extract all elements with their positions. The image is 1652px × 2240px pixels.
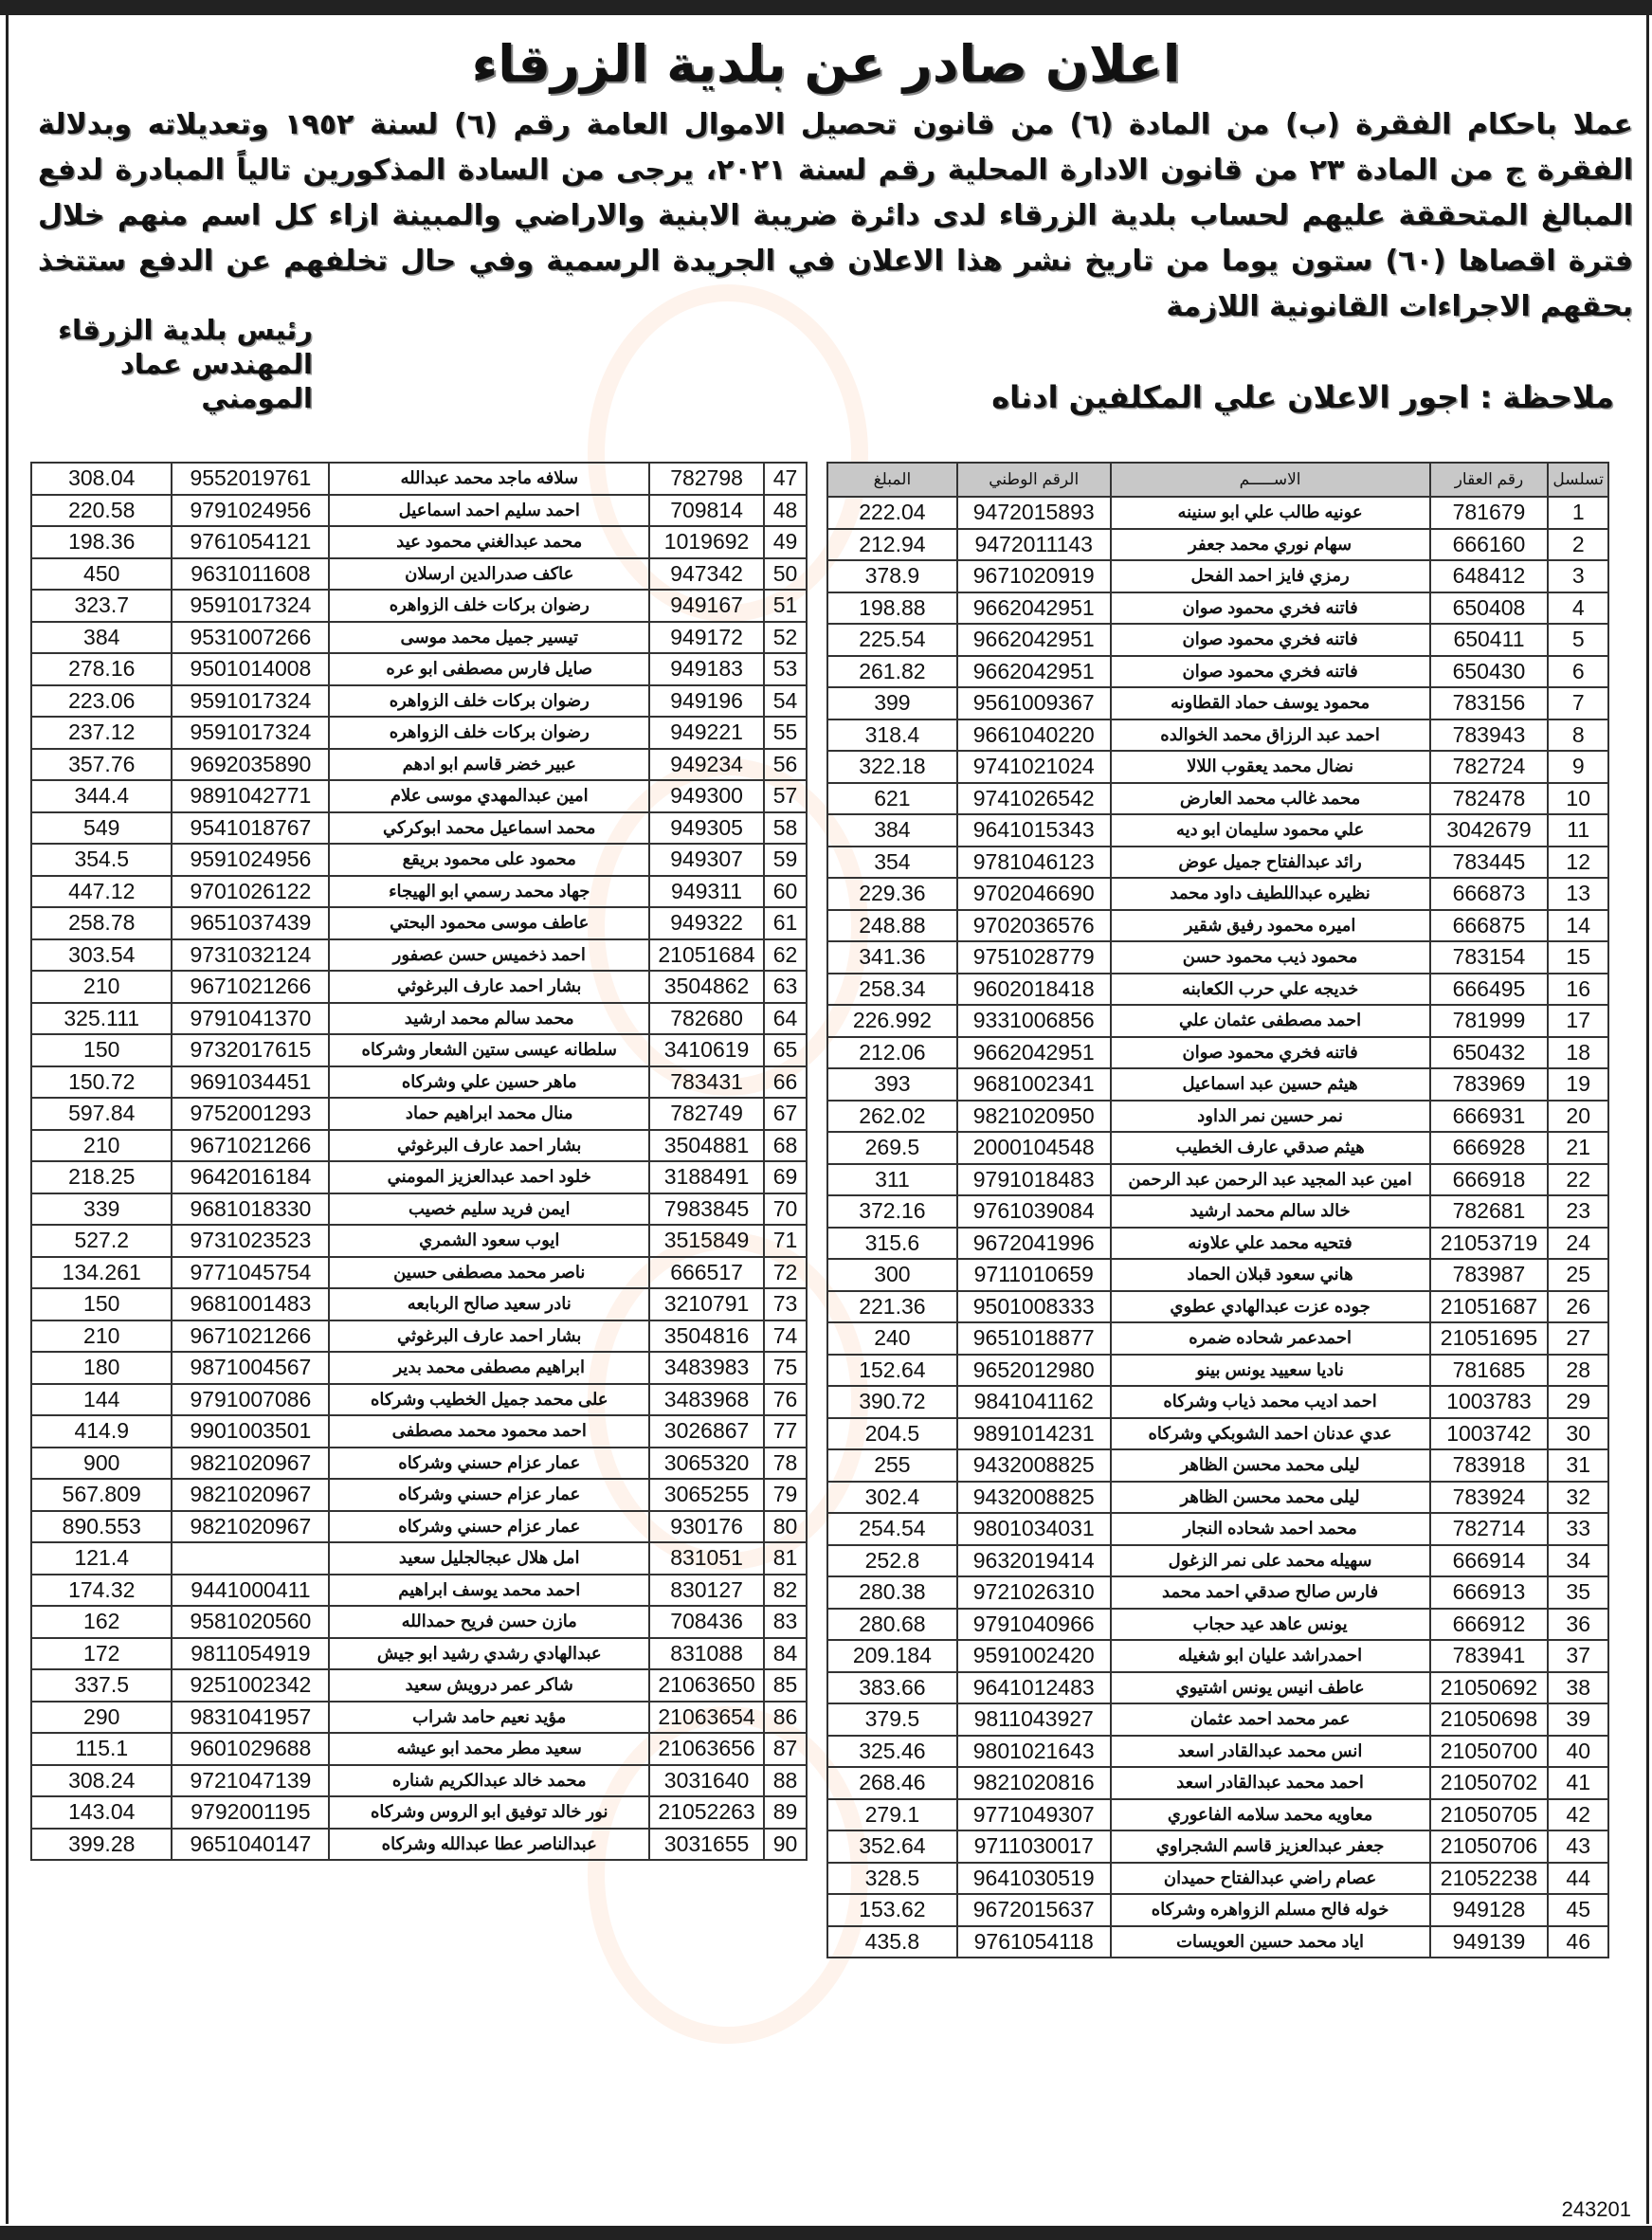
amount-cell: 240	[827, 1322, 957, 1355]
amount-cell: 153.62	[827, 1894, 957, 1926]
serial-cell: 2	[1548, 529, 1608, 561]
property-number-cell: 709814	[649, 495, 764, 527]
amount-cell: 218.25	[31, 1161, 172, 1193]
serial-cell: 37	[1548, 1640, 1608, 1672]
table-row: 19783969هيثم حسين عبد اسماعيل96810023413…	[827, 1068, 1608, 1101]
national-id-cell: 9331006856	[957, 1005, 1111, 1037]
name-cell: احمدعمر شحاده ضمره	[1111, 1322, 1430, 1355]
serial-cell: 70	[764, 1193, 807, 1226]
table-row: 8621063654مؤيد نعيم حامد شراب98310419572…	[31, 1702, 807, 1734]
serial-cell: 74	[764, 1320, 807, 1353]
property-number-cell: 21050705	[1430, 1799, 1549, 1831]
signature-title: رئيس بلدية الزرقاء	[28, 313, 313, 347]
name-cell: عصام راضي عبدالفتاح حميدان	[1111, 1863, 1430, 1895]
table-row: 57949300امين عبدالمهدي موسى علام98910427…	[31, 780, 807, 812]
national-id-cell: 9641030519	[957, 1863, 1111, 1895]
national-id-cell: 9591024956	[172, 844, 329, 876]
national-id-cell: 9251002342	[172, 1669, 329, 1702]
serial-cell: 84	[764, 1638, 807, 1670]
property-number-cell: 1003742	[1430, 1418, 1549, 1450]
header-property: رقم العقار	[1430, 463, 1549, 497]
serial-cell: 89	[764, 1796, 807, 1829]
property-number-cell: 21050700	[1430, 1736, 1549, 1768]
serial-cell: 78	[764, 1448, 807, 1480]
name-cell: منال محمد ابراهيم حماد	[329, 1098, 649, 1130]
property-number-cell: 3031655	[649, 1829, 764, 1861]
property-number-cell: 949139	[1430, 1926, 1549, 1958]
property-number-cell: 21050706	[1430, 1830, 1549, 1863]
serial-cell: 18	[1548, 1037, 1608, 1069]
property-number-cell: 1003783	[1430, 1386, 1549, 1418]
table-row: 2666160سهام نوري محمد جعفر9472011143212.…	[827, 529, 1608, 561]
serial-cell: 77	[764, 1415, 807, 1448]
national-id-cell: 9591002420	[957, 1640, 1111, 1672]
name-cell: رضوان بركات خلف الزواهره	[329, 685, 649, 718]
table-row: 783065320عمار عزام حسني وشركاه9821020967…	[31, 1448, 807, 1480]
property-number-cell: 21051687	[1430, 1291, 1549, 1323]
national-id-cell: 9771045754	[172, 1257, 329, 1289]
amount-cell: 303.54	[31, 939, 172, 972]
national-id-cell	[172, 1542, 329, 1575]
amount-cell: 379.5	[827, 1703, 957, 1736]
amount-cell: 302.4	[827, 1482, 957, 1514]
national-id-cell: 9751028779	[957, 941, 1111, 974]
property-number-cell: 783924	[1430, 1482, 1549, 1514]
serial-cell: 60	[764, 876, 807, 908]
name-cell: ماهر حسين علي وشركاه	[329, 1066, 649, 1099]
name-cell: اميره محمود رفيق شقير	[1111, 910, 1430, 942]
national-id-cell: 9662042951	[957, 592, 1111, 625]
name-cell: جوده عزت عبدالهادي عطوي	[1111, 1291, 1430, 1323]
serial-cell: 20	[1548, 1101, 1608, 1133]
name-cell: محمد خالد عبدالكريم شناره	[329, 1765, 649, 1797]
amount-cell: 237.12	[31, 717, 172, 749]
name-cell: سهيله محمد على نمر الزغول	[1111, 1545, 1430, 1577]
property-number-cell: 21050702	[1430, 1767, 1549, 1799]
national-id-cell: 9792001195	[172, 1796, 329, 1829]
serial-cell: 33	[1548, 1513, 1608, 1545]
table-row: 33782714محمد احمد شحاده النجار9801034031…	[827, 1513, 1608, 1545]
amount-cell: 357.76	[31, 749, 172, 781]
table-row: 25783987هاني سعود قبلان الحماد9711010659…	[827, 1259, 1608, 1291]
national-id-cell: 9561009367	[957, 687, 1111, 719]
serial-cell: 56	[764, 749, 807, 781]
name-cell: انس محمد عبدالقادر اسعد	[1111, 1736, 1430, 1768]
national-id-cell: 9801021643	[957, 1736, 1111, 1768]
name-cell: عبدالناصر عطا عبدالله وشركاه	[329, 1829, 649, 1861]
serial-cell: 49	[764, 526, 807, 558]
serial-cell: 90	[764, 1829, 807, 1861]
name-cell: فاتنه فخري محمود صوان	[1111, 1037, 1430, 1069]
table-row: 67782749منال محمد ابراهيم حماد9752001293…	[31, 1098, 807, 1130]
amount-cell: 204.5	[827, 1418, 957, 1450]
property-number-cell: 782680	[649, 1003, 764, 1035]
name-cell: عونيه طالب علي ابو سنينه	[1111, 497, 1430, 529]
serial-cell: 57	[764, 780, 807, 812]
property-number-cell: 949167	[649, 590, 764, 622]
amount-cell: 150.72	[31, 1066, 172, 1099]
national-id-cell: 9871004567	[172, 1352, 329, 1384]
name-cell: نادر سعيد صالح الربابعه	[329, 1288, 649, 1320]
property-number-cell: 783987	[1430, 1259, 1549, 1291]
property-number-cell: 21051684	[649, 939, 764, 972]
name-cell: على محمد جميل الخطيب وشركاه	[329, 1384, 649, 1416]
amount-cell: 134.261	[31, 1257, 172, 1289]
national-id-cell: 9741026542	[957, 783, 1111, 815]
national-id-cell: 9891042771	[172, 780, 329, 812]
name-cell: معاويه محمد سلامه الفاعوري	[1111, 1799, 1430, 1831]
table-row: 733210791نادر سعيد صالح الربابعه96810014…	[31, 1288, 807, 1320]
table-row: 633504862بشار احمد عارف البرغوثي96710212…	[31, 971, 807, 1003]
property-number-cell: 21063654	[649, 1702, 764, 1734]
serial-cell: 59	[764, 844, 807, 876]
amount-cell: 384	[31, 622, 172, 654]
national-id-cell: 9651037439	[172, 907, 329, 939]
property-number-cell: 949183	[649, 653, 764, 685]
name-cell: فتحيه محمد علي علاونه	[1111, 1228, 1430, 1260]
amount-cell: 621	[827, 783, 957, 815]
name-cell: احمد مصطفى عثمان علي	[1111, 1005, 1430, 1037]
table-row: 80930176عمار عزام حسني وشركاه98210209678…	[31, 1511, 807, 1543]
table-row: 59949307محمود على محمود بريقع95910249563…	[31, 844, 807, 876]
serial-cell: 83	[764, 1606, 807, 1638]
bottom-border	[0, 2226, 1652, 2240]
table-row: 72666517ناصر محمد مصطفى حسين977104575413…	[31, 1257, 807, 1289]
national-id-cell: 9641012483	[957, 1672, 1111, 1704]
table-row: 55949221رضوان بركات خلف الزواهره95910173…	[31, 717, 807, 749]
national-id-cell: 9681018330	[172, 1193, 329, 1226]
table-row: 14666875اميره محمود رفيق شقير97020365762…	[827, 910, 1608, 942]
name-cell: سلطانه عيسى ستين الشعار وشركاه	[329, 1034, 649, 1066]
serial-cell: 16	[1548, 974, 1608, 1006]
serial-cell: 35	[1548, 1576, 1608, 1609]
national-id-cell: 9821020950	[957, 1101, 1111, 1133]
table-row: 54949196رضوان بركات خلف الزواهره95910173…	[31, 685, 807, 718]
property-number-cell: 783943	[1430, 719, 1549, 752]
header-amount: المبلغ	[827, 463, 957, 497]
serial-cell: 81	[764, 1542, 807, 1575]
name-cell: مؤيد نعيم حامد شراب	[329, 1702, 649, 1734]
table-row: 491019692محمد عبدالغني محمود عيد97610541…	[31, 526, 807, 558]
property-number-cell: 21063650	[649, 1669, 764, 1702]
property-number-cell: 666495	[1430, 974, 1549, 1006]
amount-cell: 222.04	[827, 497, 957, 529]
name-cell: خلود احمد عبدالعزيز المومني	[329, 1161, 649, 1193]
name-cell: هيثم حسين عبد اسماعيل	[1111, 1068, 1430, 1101]
amount-cell: 900	[31, 1448, 172, 1480]
name-cell: خالد سالم محمد ارشيد	[1111, 1195, 1430, 1228]
serial-cell: 25	[1548, 1259, 1608, 1291]
property-number-cell: 21052263	[649, 1796, 764, 1829]
table-row: 653410619سلطانه عيسى ستين الشعار وشركاه9…	[31, 1034, 807, 1066]
name-cell: محمد غالب محمد العارض	[1111, 783, 1430, 815]
property-number-cell: 21053719	[1430, 1228, 1549, 1260]
name-cell: احمد محمد عبدالقادر اسعد	[1111, 1767, 1430, 1799]
table-row: 8921052263نور خالد توفيق ابو الروس وشركا…	[31, 1796, 807, 1829]
name-cell: بشار احمد عارف البرغوثي	[329, 971, 649, 1003]
name-cell: يونس عاهد عيد حجاب	[1111, 1609, 1430, 1641]
serial-cell: 21	[1548, 1132, 1608, 1164]
table-row: 773026867احمد محمود محمد مصطفى9901003501…	[31, 1415, 807, 1448]
table-row: 301003742عدي عدنان احمد الشوبكي وشركاه98…	[827, 1418, 1608, 1450]
table-row: 64782680محمد سالم محمد ارشيد979104137032…	[31, 1003, 807, 1035]
table-row: 3648412رمزي فايز احمد الفحل9671020919378…	[827, 560, 1608, 592]
name-cell: ناصر محمد مصطفى حسين	[329, 1257, 649, 1289]
serial-cell: 46	[1548, 1926, 1608, 1958]
national-id-cell: 9501014008	[172, 653, 329, 685]
amount-cell: 337.5	[31, 1669, 172, 1702]
national-id-cell: 9831041957	[172, 1702, 329, 1734]
national-id-cell: 9631011608	[172, 558, 329, 591]
amount-cell: 384	[827, 814, 957, 847]
amount-cell: 450	[31, 558, 172, 591]
property-number-cell: 3031640	[649, 1765, 764, 1797]
amount-cell: 223.06	[31, 685, 172, 718]
property-number-cell: 830127	[649, 1575, 764, 1607]
amount-cell: 447.12	[31, 876, 172, 908]
name-cell: هاني سعود قبلان الحماد	[1111, 1259, 1430, 1291]
national-id-cell: 9601029688	[172, 1733, 329, 1765]
national-id-cell: 9891014231	[957, 1418, 1111, 1450]
serial-cell: 43	[1548, 1830, 1608, 1863]
table-row: 4021050700انس محمد عبدالقادر اسعد9801021…	[827, 1736, 1608, 1768]
national-id-cell: 9811043927	[957, 1703, 1111, 1736]
name-cell: نمر حسين نمر الداود	[1111, 1101, 1430, 1133]
amount-cell: 322.18	[827, 751, 957, 783]
header-serial: تسلسل	[1548, 463, 1608, 497]
property-number-cell: 3504881	[649, 1130, 764, 1162]
table-row: 693188491خلود احمد عبدالعزيز المومني9642…	[31, 1161, 807, 1193]
table-row: 4121050702احمد محمد عبدالقادر اسعد982102…	[827, 1767, 1608, 1799]
property-number-cell: 783941	[1430, 1640, 1549, 1672]
table-row: 7783156محمود يوسف حماد القطاونه956100936…	[827, 687, 1608, 719]
table-row: 22666918امين عبد المجيد عبد الرحمن عبد ا…	[827, 1164, 1608, 1196]
table-row: 51949167رضوان بركات خلف الزواهره95910173…	[31, 590, 807, 622]
table-row: 36666912يونس عاهد عيد حجاب9791040966280.…	[827, 1609, 1608, 1641]
national-id-cell: 9432008825	[957, 1482, 1111, 1514]
property-number-cell: 949311	[649, 876, 764, 908]
property-number-cell: 7983845	[649, 1193, 764, 1226]
national-id-cell: 9761039084	[957, 1195, 1111, 1228]
header-name: الاســـــم	[1111, 463, 1430, 497]
amount-cell: 150	[31, 1034, 172, 1066]
name-cell: ايوب سعود الشمري	[329, 1225, 649, 1257]
amount-cell: 143.04	[31, 1796, 172, 1829]
serial-cell: 72	[764, 1257, 807, 1289]
national-id-cell: 9821020967	[172, 1479, 329, 1511]
table-row: 84831088عبدالهادي رشدي رشيد ابو جيش98110…	[31, 1638, 807, 1670]
name-cell: محمود يوسف حماد القطاونه	[1111, 687, 1430, 719]
national-id-cell: 9791041370	[172, 1003, 329, 1035]
name-cell: محمود على محمود بريقع	[329, 844, 649, 876]
property-number-cell: 666931	[1430, 1101, 1549, 1133]
property-number-cell: 650430	[1430, 656, 1549, 688]
amount-cell: 210	[31, 1320, 172, 1353]
table-row: 20666931نمر حسين نمر الداود9821020950262…	[827, 1101, 1608, 1133]
serial-cell: 48	[764, 495, 807, 527]
national-id-cell: 9432008825	[957, 1449, 1111, 1482]
amount-cell: 399.28	[31, 1829, 172, 1861]
table-row: 8521063650شاكر عمر درويش سعيد92510023423…	[31, 1669, 807, 1702]
property-number-cell: 781685	[1430, 1355, 1549, 1387]
amount-cell: 527.2	[31, 1225, 172, 1257]
serial-cell: 63	[764, 971, 807, 1003]
name-cell: محمد احمد شحاده النجار	[1111, 1513, 1430, 1545]
table-header-row: تسلسل رقم العقار الاســـــم الرقم الوطني…	[827, 463, 1608, 497]
serial-cell: 87	[764, 1733, 807, 1765]
name-cell: احمد ذخميس حسن عصفور	[329, 939, 649, 972]
amount-cell: 567.809	[31, 1479, 172, 1511]
national-id-cell: 9702046690	[957, 878, 1111, 910]
name-cell: عاكف صدرالدين ارسلان	[329, 558, 649, 591]
name-cell: فاتنه فخري محمود صوان	[1111, 592, 1430, 625]
name-cell: محمود ذيب محمود حسن	[1111, 941, 1430, 974]
property-number-cell: 666160	[1430, 529, 1549, 561]
property-number-cell: 783156	[1430, 687, 1549, 719]
national-id-cell: 9821020967	[172, 1511, 329, 1543]
national-id-cell: 9821020967	[172, 1448, 329, 1480]
serial-cell: 3	[1548, 560, 1608, 592]
property-number-cell: 648412	[1430, 560, 1549, 592]
property-number-cell: 782681	[1430, 1195, 1549, 1228]
national-id-cell: 9591017324	[172, 685, 329, 718]
property-number-cell: 1019692	[649, 526, 764, 558]
amount-cell: 255	[827, 1449, 957, 1482]
announcement-body: عملا باحكام الفقرة (ب) من المادة (٦) من …	[38, 102, 1633, 330]
top-border	[0, 0, 1652, 15]
property-number-cell: 3065320	[649, 1448, 764, 1480]
serial-cell: 23	[1548, 1195, 1608, 1228]
property-number-cell: 783969	[1430, 1068, 1549, 1101]
property-number-cell: 949307	[649, 844, 764, 876]
amount-cell: 210	[31, 971, 172, 1003]
national-id-cell: 9632019414	[957, 1545, 1111, 1577]
national-id-cell: 9501008333	[957, 1291, 1111, 1323]
national-id-cell: 9672015637	[957, 1894, 1111, 1926]
national-id-cell: 9801034031	[957, 1513, 1111, 1545]
serial-cell: 38	[1548, 1672, 1608, 1704]
national-id-cell: 9642016184	[172, 1161, 329, 1193]
property-number-cell: 3026867	[649, 1415, 764, 1448]
amount-cell: 393	[827, 1068, 957, 1101]
table-row: 4221050705معاويه محمد سلامه الفاعوري9771…	[827, 1799, 1608, 1831]
national-id-cell: 9701026122	[172, 876, 329, 908]
name-cell: بشار احمد عارف البرغوثي	[329, 1130, 649, 1162]
name-cell: محمد اسماعيل محمد ابوكركي	[329, 812, 649, 845]
table-row: 32783924ليلى محمد محسن الظاهر94320088253…	[827, 1482, 1608, 1514]
amount-cell: 328.5	[827, 1863, 957, 1895]
national-id-cell: 9821020816	[957, 1767, 1111, 1799]
name-cell: مازن حسن فريح حمدالله	[329, 1606, 649, 1638]
national-id-cell: 9662042951	[957, 624, 1111, 656]
table-row: 113042679علي محمود سليمان ابو ديه9641015…	[827, 814, 1608, 847]
amount-cell: 115.1	[31, 1733, 172, 1765]
amount-cell: 341.36	[827, 941, 957, 974]
table-row: 743504816بشار احمد عارف البرغوثي96710212…	[31, 1320, 807, 1353]
name-cell: اياد محمد حسين العويسات	[1111, 1926, 1430, 1958]
property-number-cell: 666918	[1430, 1164, 1549, 1196]
table-row: 58949305محمد اسماعيل محمد ابوكركي9541018…	[31, 812, 807, 845]
serial-cell: 36	[1548, 1609, 1608, 1641]
table-row: 45949128خوله فالح مسلم الزواهره وشركاه96…	[827, 1894, 1608, 1926]
property-number-cell: 949221	[649, 717, 764, 749]
table-row: 4650408فاتنه فخري محمود صوان966204295119…	[827, 592, 1608, 625]
table-row: 47782798سلافه ماجد محمد عبدالله955201976…	[31, 463, 807, 495]
signature-name: المهندس عماد المومني	[28, 347, 313, 415]
table-row: 16666495خديجه علي حرب الكعابنه9602018418…	[827, 974, 1608, 1006]
name-cell: احمد اديب محمد ذياب وشركاه	[1111, 1386, 1430, 1418]
table-row: 903031655عبدالناصر عطا عبدالله وشركاه965…	[31, 1829, 807, 1861]
table-row: 9782724نضال محمد يعقوب اللالا97410210243…	[827, 751, 1608, 783]
national-id-cell: 9741021024	[957, 751, 1111, 783]
national-id-cell: 9441000411	[172, 1575, 329, 1607]
table-row: 2621051687جوده عزت عبدالهادي عطوي9501008…	[827, 1291, 1608, 1323]
table-row: 707983845ايمن فريد سليم خصيب968101833033…	[31, 1193, 807, 1226]
serial-cell: 58	[764, 812, 807, 845]
name-cell: صايل فارس مصطفى ابو عره	[329, 653, 649, 685]
amount-cell: 378.9	[827, 560, 957, 592]
property-number-cell: 708436	[649, 1606, 764, 1638]
national-id-cell: 9472015893	[957, 497, 1111, 529]
amount-cell: 315.6	[827, 1228, 957, 1260]
property-number-cell: 781679	[1430, 497, 1549, 529]
name-cell: علي محمود سليمان ابو ديه	[1111, 814, 1430, 847]
property-number-cell: 666914	[1430, 1545, 1549, 1577]
amount-cell: 339	[31, 1193, 172, 1226]
amount-cell: 198.36	[31, 526, 172, 558]
table-row: 8721063656سعيد مطر محمد ابو عيشه96010296…	[31, 1733, 807, 1765]
serial-cell: 69	[764, 1161, 807, 1193]
table-row: 66783431ماهر حسين علي وشركاه969103445115…	[31, 1066, 807, 1099]
name-cell: جعفر عبدالعزيز قاسم الشجراوي	[1111, 1830, 1430, 1863]
amount-cell: 198.88	[827, 592, 957, 625]
national-id-cell: 9691034451	[172, 1066, 329, 1099]
table-row: 763483968على محمد جميل الخطيب وشركاه9791…	[31, 1384, 807, 1416]
property-number-cell: 666875	[1430, 910, 1549, 942]
table-row: 46949139اياد محمد حسين العويسات976105411…	[827, 1926, 1608, 1958]
property-number-cell: 21052238	[1430, 1863, 1549, 1895]
name-cell: احمد محمد يوسف ابراهيم	[329, 1575, 649, 1607]
national-id-cell: 9671021266	[172, 1320, 329, 1353]
serial-cell: 67	[764, 1098, 807, 1130]
ad-reference-number: 243201	[1562, 2197, 1631, 2222]
property-number-cell: 21063656	[649, 1733, 764, 1765]
property-number-cell: 3483983	[649, 1352, 764, 1384]
property-number-cell: 783154	[1430, 941, 1549, 974]
serial-cell: 19	[1548, 1068, 1608, 1101]
table-row: 753483983ابراهيم مصطفى محمد بدير98710045…	[31, 1352, 807, 1384]
name-cell: تيسير جميل محمد موسى	[329, 622, 649, 654]
amount-cell: 280.68	[827, 1609, 957, 1641]
serial-cell: 14	[1548, 910, 1608, 942]
national-id-cell: 9591017324	[172, 590, 329, 622]
amount-cell: 248.88	[827, 910, 957, 942]
serial-cell: 13	[1548, 878, 1608, 910]
name-cell: سعيد مطر محمد ابو عيشه	[329, 1733, 649, 1765]
national-id-cell: 9671020919	[957, 560, 1111, 592]
table-row: 37783941احمدراشد عليان ابو شغيله95910024…	[827, 1640, 1608, 1672]
property-number-cell: 783431	[649, 1066, 764, 1099]
name-cell: سلافه ماجد محمد عبدالله	[329, 463, 649, 495]
amount-cell: 325.46	[827, 1736, 957, 1768]
serial-cell: 68	[764, 1130, 807, 1162]
amount-cell: 354.5	[31, 844, 172, 876]
serial-cell: 79	[764, 1479, 807, 1511]
name-cell: عبير خضر قاسم ابو ادهم	[329, 749, 649, 781]
property-number-cell: 781999	[1430, 1005, 1549, 1037]
table-row: 81831051امل هلال عبجالجليل سعيد121.4	[31, 1542, 807, 1575]
national-id-cell: 9591017324	[172, 717, 329, 749]
